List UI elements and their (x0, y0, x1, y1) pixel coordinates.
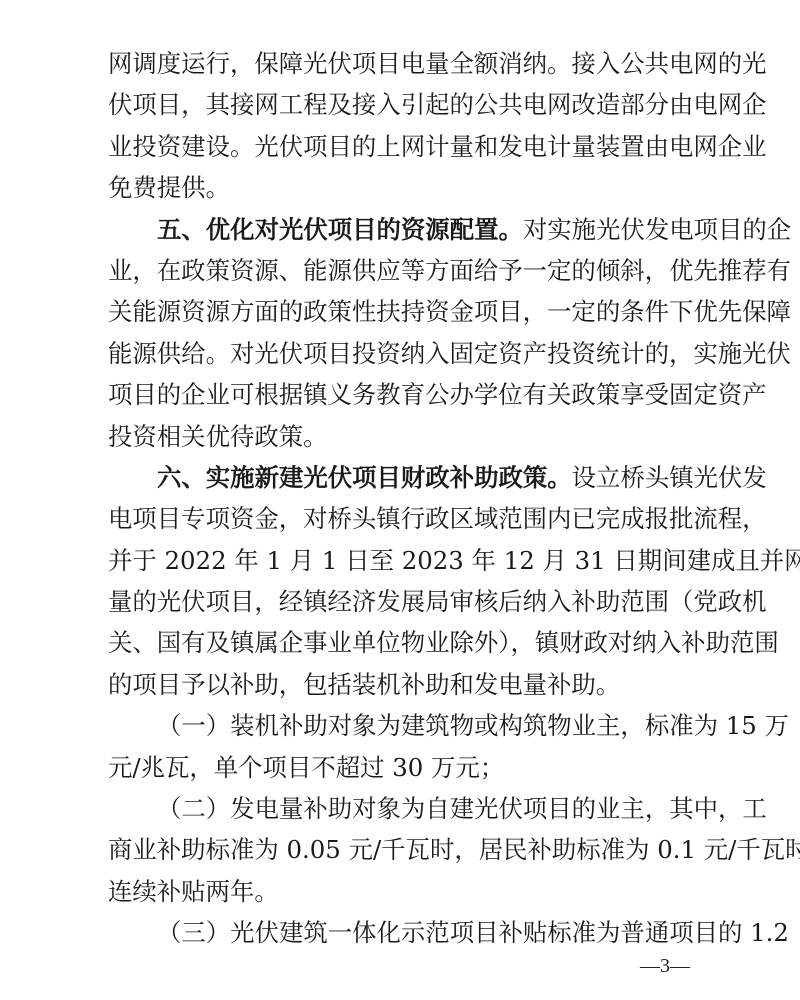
line-text: 并于 2022 年 1 月 1 日至 2023 年 12 月 31 日期间建成且… (108, 540, 800, 581)
paragraph-item-1: （一）装机补助对象为建筑物或构筑物业主，标准为 15 万 元/兆瓦，单个项目不超… (108, 705, 694, 788)
document-page: 网调度运行，保障光伏项目电量全额消纳。接入公共电网的光 伏项目，其接网工程及接入… (108, 43, 694, 954)
text-line: 五、优化对光伏项目的资源配置。对实施光伏发电项目的企 (108, 209, 694, 250)
text-line: 并于 2022 年 1 月 1 日至 2023 年 12 月 31 日期间建成且… (108, 540, 694, 581)
line-text: 连续补贴两年。 (108, 871, 279, 912)
paragraph-section-5: 五、优化对光伏项目的资源配置。对实施光伏发电项目的企 业，在政策资源、能源供应等… (108, 209, 694, 457)
line-text: 商业补助标准为 0.05 元/千瓦时，居民补助标准为 0.1 元/千瓦时， (108, 829, 800, 870)
text-line: 的项目予以补助，包括装机补助和发电量补助。 (108, 664, 694, 705)
text-line: 六、实施新建光伏项目财政补助政策。设立桥头镇光伏发 (108, 457, 694, 498)
line-text: 免费提供。 (108, 167, 230, 208)
text-line: （一）装机补助对象为建筑物或构筑物业主，标准为 15 万 (108, 705, 694, 746)
line-text: 业投资建设。光伏项目的上网计量和发电计量装置由电网企业 (108, 126, 767, 167)
line-text: （一）装机补助对象为建筑物或构筑物业主，标准为 15 万 (157, 705, 789, 746)
text-line: 商业补助标准为 0.05 元/千瓦时，居民补助标准为 0.1 元/千瓦时， (108, 829, 694, 870)
text-line: 元/兆瓦，单个项目不超过 30 万元； (108, 747, 694, 788)
text-line: 业投资建设。光伏项目的上网计量和发电计量装置由电网企业 (108, 126, 694, 167)
line-text: 关能源资源方面的政策性扶持资金项目，一定的条件下优先保障 (108, 291, 791, 332)
section-heading: 五、优化对光伏项目的资源配置。 (157, 209, 523, 250)
text-line: （三）光伏建筑一体化示范项目补贴标准为普通项目的 1.2 (108, 912, 694, 953)
text-line: 量的光伏项目，经镇经济发展局审核后纳入补助范围（党政机 (108, 581, 694, 622)
section-heading: 六、实施新建光伏项目财政补助政策。 (157, 457, 572, 498)
line-text: 元/兆瓦，单个项目不超过 30 万元； (108, 747, 504, 788)
line-text: 的项目予以补助，包括装机补助和发电量补助。 (108, 664, 620, 705)
line-text: 伏项目，其接网工程及接入引起的公共电网改造部分由电网企 (108, 84, 767, 125)
line-text: 关、国有及镇属企事业单位物业除外），镇财政对纳入补助范围 (108, 622, 779, 663)
paragraph-item-3: （三）光伏建筑一体化示范项目补贴标准为普通项目的 1.2 (108, 912, 694, 953)
text-line: 连续补贴两年。 (108, 871, 694, 912)
line-text: 量的光伏项目，经镇经济发展局审核后纳入补助范围（党政机 (108, 581, 767, 622)
line-text: 业，在政策资源、能源供应等方面给予一定的倾斜，优先推荐有 (108, 250, 791, 291)
paragraph-continuation: 网调度运行，保障光伏项目电量全额消纳。接入公共电网的光 伏项目，其接网工程及接入… (108, 43, 694, 209)
text-line: 能源供给。对光伏项目投资纳入固定资产投资统计的，实施光伏 (108, 333, 694, 374)
line-text: 网调度运行，保障光伏项目电量全额消纳。接入公共电网的光 (108, 43, 767, 84)
line-text: （三）光伏建筑一体化示范项目补贴标准为普通项目的 1.2 (157, 912, 789, 953)
text-line: 伏项目，其接网工程及接入引起的公共电网改造部分由电网企 (108, 84, 694, 125)
line-text: 对实施光伏发电项目的企 (523, 209, 791, 250)
line-text: 项目的企业可根据镇义务教育公办学位有关政策享受固定资产 (108, 374, 767, 415)
text-line: 关、国有及镇属企事业单位物业除外），镇财政对纳入补助范围 (108, 622, 694, 663)
line-text: 投资相关优待政策。 (108, 416, 328, 457)
page-number: —3— (640, 955, 690, 978)
paragraph-item-2: （二）发电量补助对象为自建光伏项目的业主，其中，工 商业补助标准为 0.05 元… (108, 788, 694, 912)
line-text: 设立桥头镇光伏发 (572, 457, 767, 498)
text-line: 免费提供。 (108, 167, 694, 208)
paragraph-section-6: 六、实施新建光伏项目财政补助政策。设立桥头镇光伏发 电项目专项资金，对桥头镇行政… (108, 457, 694, 705)
line-text: （二）发电量补助对象为自建光伏项目的业主，其中，工 (157, 788, 767, 829)
text-line: 投资相关优待政策。 (108, 416, 694, 457)
text-line: 电项目专项资金，对桥头镇行政区域范围内已完成报批流程， (108, 498, 694, 539)
text-line: 关能源资源方面的政策性扶持资金项目，一定的条件下优先保障 (108, 291, 694, 332)
line-text: 能源供给。对光伏项目投资纳入固定资产投资统计的，实施光伏 (108, 333, 791, 374)
text-line: 网调度运行，保障光伏项目电量全额消纳。接入公共电网的光 (108, 43, 694, 84)
text-line: 项目的企业可根据镇义务教育公办学位有关政策享受固定资产 (108, 374, 694, 415)
text-line: （二）发电量补助对象为自建光伏项目的业主，其中，工 (108, 788, 694, 829)
text-line: 业，在政策资源、能源供应等方面给予一定的倾斜，优先推荐有 (108, 250, 694, 291)
line-text: 电项目专项资金，对桥头镇行政区域范围内已完成报批流程， (108, 498, 767, 539)
